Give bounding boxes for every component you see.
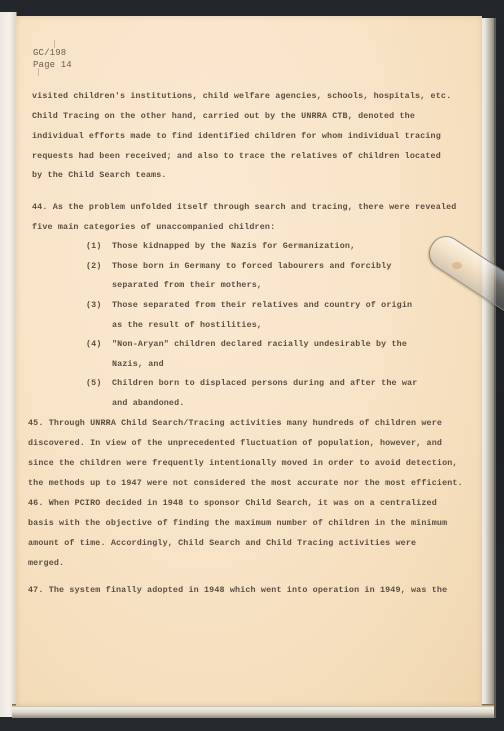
glass-reflection [452, 262, 462, 269]
typewritten-page: GC/198 Page 14 visited children's instit… [16, 16, 482, 706]
page-number: Page 14 [33, 61, 72, 70]
paragraph-45-line: the methods up to 1947 were not consider… [28, 479, 463, 487]
mounting-board-bottom [12, 704, 494, 718]
list-item-text: and abandoned. [112, 399, 184, 407]
list-item-number: (1) [86, 242, 102, 250]
pencil-mark [54, 40, 58, 48]
paragraph-45-line: discovered. In view of the unprecedented… [28, 439, 442, 447]
list-item-text: "Non-Aryan" children declared racially u… [112, 340, 407, 348]
paragraph-46-line: amount of time. Accordingly, Child Searc… [28, 539, 416, 547]
paragraph-45-line: 45. Through UNRRA Child Search/Tracing a… [28, 419, 442, 427]
list-item-text: separated from their mothers, [112, 281, 262, 289]
text-line: Child Tracing on the other hand, carried… [32, 112, 415, 120]
list-item-text: Those born in Germany to forced labourer… [112, 262, 392, 270]
paragraph-46-line: 46. When PCIRO decided in 1948 to sponso… [28, 499, 437, 507]
list-item-number: (2) [86, 262, 102, 270]
paragraph-44-line: five main categories of unaccompanied ch… [32, 223, 275, 231]
list-item-text: Nazis, and [112, 360, 164, 368]
binding-edge [0, 12, 17, 717]
text-line: individual efforts made to find identifi… [32, 132, 441, 140]
paragraph-44-line: 44. As the problem unfolded itself throu… [32, 203, 456, 211]
list-item-text: Children born to displaced persons durin… [112, 379, 417, 387]
paragraph-46-line: merged. [28, 559, 64, 567]
scanned-document-scene: GC/198 Page 14 visited children's instit… [0, 0, 504, 731]
list-item-number: (5) [86, 379, 102, 387]
list-item-text: Those separated from their relatives and… [112, 301, 412, 309]
list-item-number: (3) [86, 301, 102, 309]
text-line: requests had been received; and also to … [32, 152, 441, 160]
list-item-text: as the result of hostilities, [112, 321, 262, 329]
list-item-text: Those kidnapped by the Nazis for Germani… [112, 242, 355, 250]
paragraph-46-line: basis with the objective of finding the … [28, 519, 447, 527]
document-reference: GC/198 [33, 49, 66, 58]
paragraph-47-line: 47. The system finally adopted in 1948 w… [28, 586, 447, 594]
text-line: visited children's institutions, child w… [32, 92, 451, 100]
paragraph-45-line: since the children were frequently inten… [28, 459, 458, 467]
text-line: by the Child Search teams. [32, 171, 167, 179]
list-item-number: (4) [86, 340, 102, 348]
